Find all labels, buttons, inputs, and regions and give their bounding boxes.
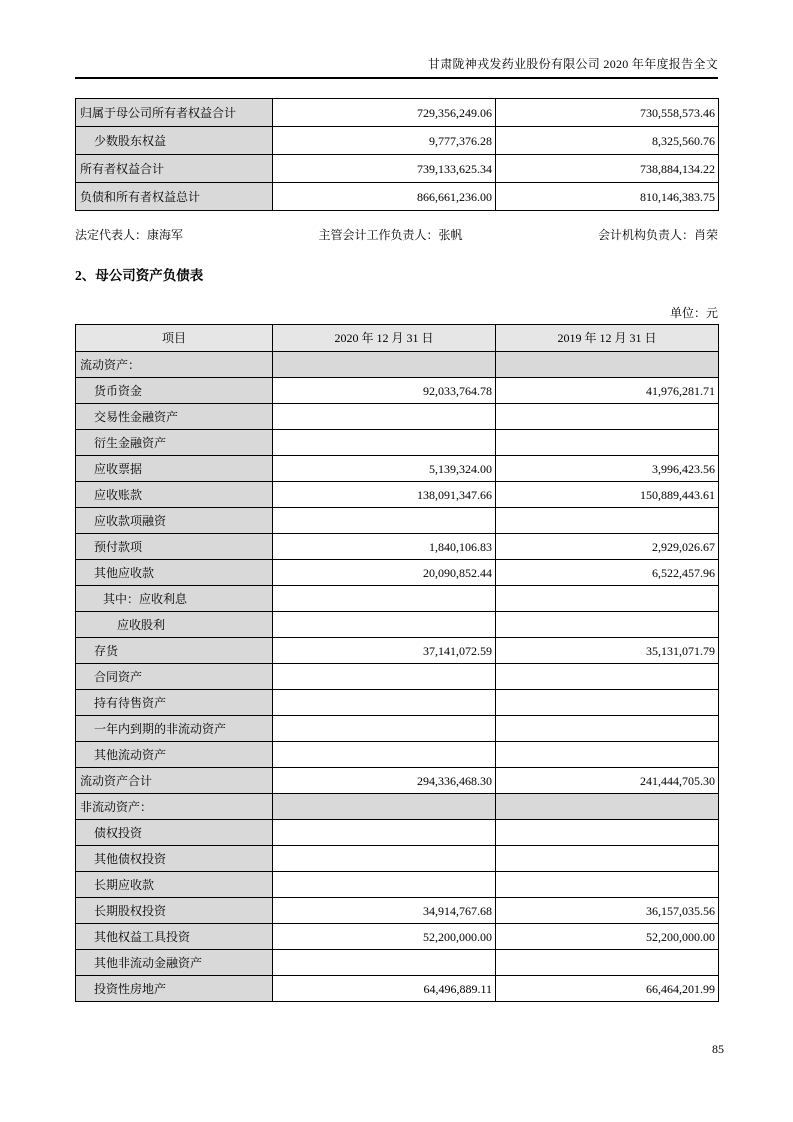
value-2020: 64,496,889.11 [273, 976, 496, 1002]
value-2019: 150,889,443.61 [496, 482, 719, 508]
row-label: 流动资产合计 [76, 768, 273, 794]
row-label: 负债和所有者权益总计 [76, 183, 273, 211]
row-label: 其中：应收利息 [76, 586, 273, 612]
value-2020 [273, 846, 496, 872]
table-row: 少数股东权益9,777,376.288,325,560.76 [76, 127, 719, 155]
value-2020: 739,133,625.34 [273, 155, 496, 183]
value-2020 [273, 690, 496, 716]
value-2019 [496, 586, 719, 612]
value-2020 [273, 742, 496, 768]
row-label: 持有待售资产 [76, 690, 273, 716]
value-2020: 20,090,852.44 [273, 560, 496, 586]
value-2019 [496, 430, 719, 456]
value-2019 [496, 846, 719, 872]
value-2019: 2,929,026.67 [496, 534, 719, 560]
value-2019 [496, 612, 719, 638]
table-row: 其他流动资产 [76, 742, 719, 768]
value-2019 [496, 872, 719, 898]
value-2020 [273, 508, 496, 534]
value-2020: 34,914,767.68 [273, 898, 496, 924]
value-2019 [496, 404, 719, 430]
row-label: 一年内到期的非流动资产 [76, 716, 273, 742]
row-label: 应收票据 [76, 456, 273, 482]
value-2019: 36,157,035.56 [496, 898, 719, 924]
row-label: 衍生金融资产 [76, 430, 273, 456]
table-row: 预付款项1,840,106.832,929,026.67 [76, 534, 719, 560]
value-2020: 37,141,072.59 [273, 638, 496, 664]
value-2020 [273, 612, 496, 638]
value-2019: 6,522,457.96 [496, 560, 719, 586]
row-label: 所有者权益合计 [76, 155, 273, 183]
value-2019 [496, 716, 719, 742]
row-label: 交易性金融资产 [76, 404, 273, 430]
value-2019: 241,444,705.30 [496, 768, 719, 794]
value-2020: 138,091,347.66 [273, 482, 496, 508]
row-label: 长期股权投资 [76, 898, 273, 924]
accounting-head: 主管会计工作负责人：张帆 [318, 228, 462, 243]
column-header-2020: 2020 年 12 月 31 日 [273, 325, 496, 352]
table-row: 长期股权投资34,914,767.6836,157,035.56 [76, 898, 719, 924]
value-2020: 5,139,324.00 [273, 456, 496, 482]
value-2019 [496, 742, 719, 768]
report-title: 甘肃陇神戎发药业股份有限公司 2020 年年度报告全文 [428, 57, 718, 71]
value-2020 [273, 404, 496, 430]
value-2019: 8,325,560.76 [496, 127, 719, 155]
row-label: 货币资金 [76, 378, 273, 404]
row-label: 其他权益工具投资 [76, 924, 273, 950]
value-2020 [273, 820, 496, 846]
value-2020 [273, 586, 496, 612]
value-2019 [496, 950, 719, 976]
value-2019 [496, 794, 719, 820]
table-row: 存货37,141,072.5935,131,071.79 [76, 638, 719, 664]
section-heading: 2、母公司资产负债表 [75, 267, 718, 284]
value-2019: 52,200,000.00 [496, 924, 719, 950]
table-row: 衍生金融资产 [76, 430, 719, 456]
value-2019: 41,976,281.71 [496, 378, 719, 404]
value-2019: 3,996,423.56 [496, 456, 719, 482]
row-label: 应收股利 [76, 612, 273, 638]
equity-summary-table: 归属于母公司所有者权益合计729,356,249.06730,558,573.4… [75, 98, 719, 211]
row-label: 非流动资产： [76, 794, 273, 820]
table-row: 应收款项融资 [76, 508, 719, 534]
value-2020: 866,661,236.00 [273, 183, 496, 211]
row-label: 流动资产： [76, 352, 273, 378]
table-row: 其他非流动金融资产 [76, 950, 719, 976]
value-2020 [273, 716, 496, 742]
value-2020: 729,356,249.06 [273, 99, 496, 127]
value-2019 [496, 352, 719, 378]
value-2020: 1,840,106.83 [273, 534, 496, 560]
value-2019 [496, 508, 719, 534]
value-2020 [273, 794, 496, 820]
section-row: 流动资产： [76, 352, 719, 378]
value-2020 [273, 664, 496, 690]
table-row: 交易性金融资产 [76, 404, 719, 430]
table-row: 其中：应收利息 [76, 586, 719, 612]
table-row: 投资性房地产64,496,889.1166,464,201.99 [76, 976, 719, 1002]
value-2020: 294,336,468.30 [273, 768, 496, 794]
row-label: 应收款项融资 [76, 508, 273, 534]
row-label: 债权投资 [76, 820, 273, 846]
page-header: 甘肃陇神戎发药业股份有限公司 2020 年年度报告全文 [75, 0, 718, 79]
row-label: 应收账款 [76, 482, 273, 508]
table-row: 应收股利 [76, 612, 719, 638]
row-label: 归属于母公司所有者权益合计 [76, 99, 273, 127]
value-2020: 9,777,376.28 [273, 127, 496, 155]
balance-sheet-table: 项目 2020 年 12 月 31 日 2019 年 12 月 31 日 流动资… [75, 324, 719, 1002]
table-row: 合同资产 [76, 664, 719, 690]
section-row: 非流动资产： [76, 794, 719, 820]
table-row: 一年内到期的非流动资产 [76, 716, 719, 742]
row-label: 其他应收款 [76, 560, 273, 586]
value-2020 [273, 872, 496, 898]
value-2019: 810,146,383.75 [496, 183, 719, 211]
value-2019: 730,558,573.46 [496, 99, 719, 127]
report-page: 甘肃陇神戎发药业股份有限公司 2020 年年度报告全文 归属于母公司所有者权益合… [0, 0, 793, 1122]
table-row: 归属于母公司所有者权益合计729,356,249.06730,558,573.4… [76, 99, 719, 127]
table-row: 应收账款138,091,347.66150,889,443.61 [76, 482, 719, 508]
unit-label: 单位：元 [75, 306, 718, 321]
row-label: 预付款项 [76, 534, 273, 560]
value-2019 [496, 820, 719, 846]
table-row: 负债和所有者权益总计866,661,236.00810,146,383.75 [76, 183, 719, 211]
column-header-2019: 2019 年 12 月 31 日 [496, 325, 719, 352]
value-2020: 92,033,764.78 [273, 378, 496, 404]
value-2020 [273, 352, 496, 378]
table-row: 其他应收款20,090,852.446,522,457.96 [76, 560, 719, 586]
value-2019 [496, 664, 719, 690]
value-2020 [273, 430, 496, 456]
legal-representative: 法定代表人：康海军 [75, 228, 183, 243]
table-row: 流动资产合计294,336,468.30241,444,705.30 [76, 768, 719, 794]
row-label: 其他债权投资 [76, 846, 273, 872]
column-header-item: 项目 [76, 325, 273, 352]
table-row: 债权投资 [76, 820, 719, 846]
value-2019: 35,131,071.79 [496, 638, 719, 664]
value-2019: 738,884,134.22 [496, 155, 719, 183]
value-2019: 66,464,201.99 [496, 976, 719, 1002]
page-number: 85 [712, 1042, 724, 1057]
table-row: 其他债权投资 [76, 846, 719, 872]
table-row: 应收票据5,139,324.003,996,423.56 [76, 456, 719, 482]
row-label: 长期应收款 [76, 872, 273, 898]
row-label: 其他非流动金融资产 [76, 950, 273, 976]
table-header-row: 项目 2020 年 12 月 31 日 2019 年 12 月 31 日 [76, 325, 719, 352]
row-label: 合同资产 [76, 664, 273, 690]
accounting-org-head: 会计机构负责人：肖荣 [598, 228, 718, 243]
row-label: 其他流动资产 [76, 742, 273, 768]
row-label: 少数股东权益 [76, 127, 273, 155]
table-row: 持有待售资产 [76, 690, 719, 716]
row-label: 存货 [76, 638, 273, 664]
page-content: 甘肃陇神戎发药业股份有限公司 2020 年年度报告全文 归属于母公司所有者权益合… [75, 0, 718, 1002]
signature-line: 法定代表人：康海军 主管会计工作负责人：张帆 会计机构负责人：肖荣 [75, 228, 718, 243]
table-row: 其他权益工具投资52,200,000.0052,200,000.00 [76, 924, 719, 950]
row-label: 投资性房地产 [76, 976, 273, 1002]
value-2019 [496, 690, 719, 716]
value-2020: 52,200,000.00 [273, 924, 496, 950]
value-2020 [273, 950, 496, 976]
table-row: 长期应收款 [76, 872, 719, 898]
table-row: 货币资金92,033,764.7841,976,281.71 [76, 378, 719, 404]
table-row: 所有者权益合计739,133,625.34738,884,134.22 [76, 155, 719, 183]
